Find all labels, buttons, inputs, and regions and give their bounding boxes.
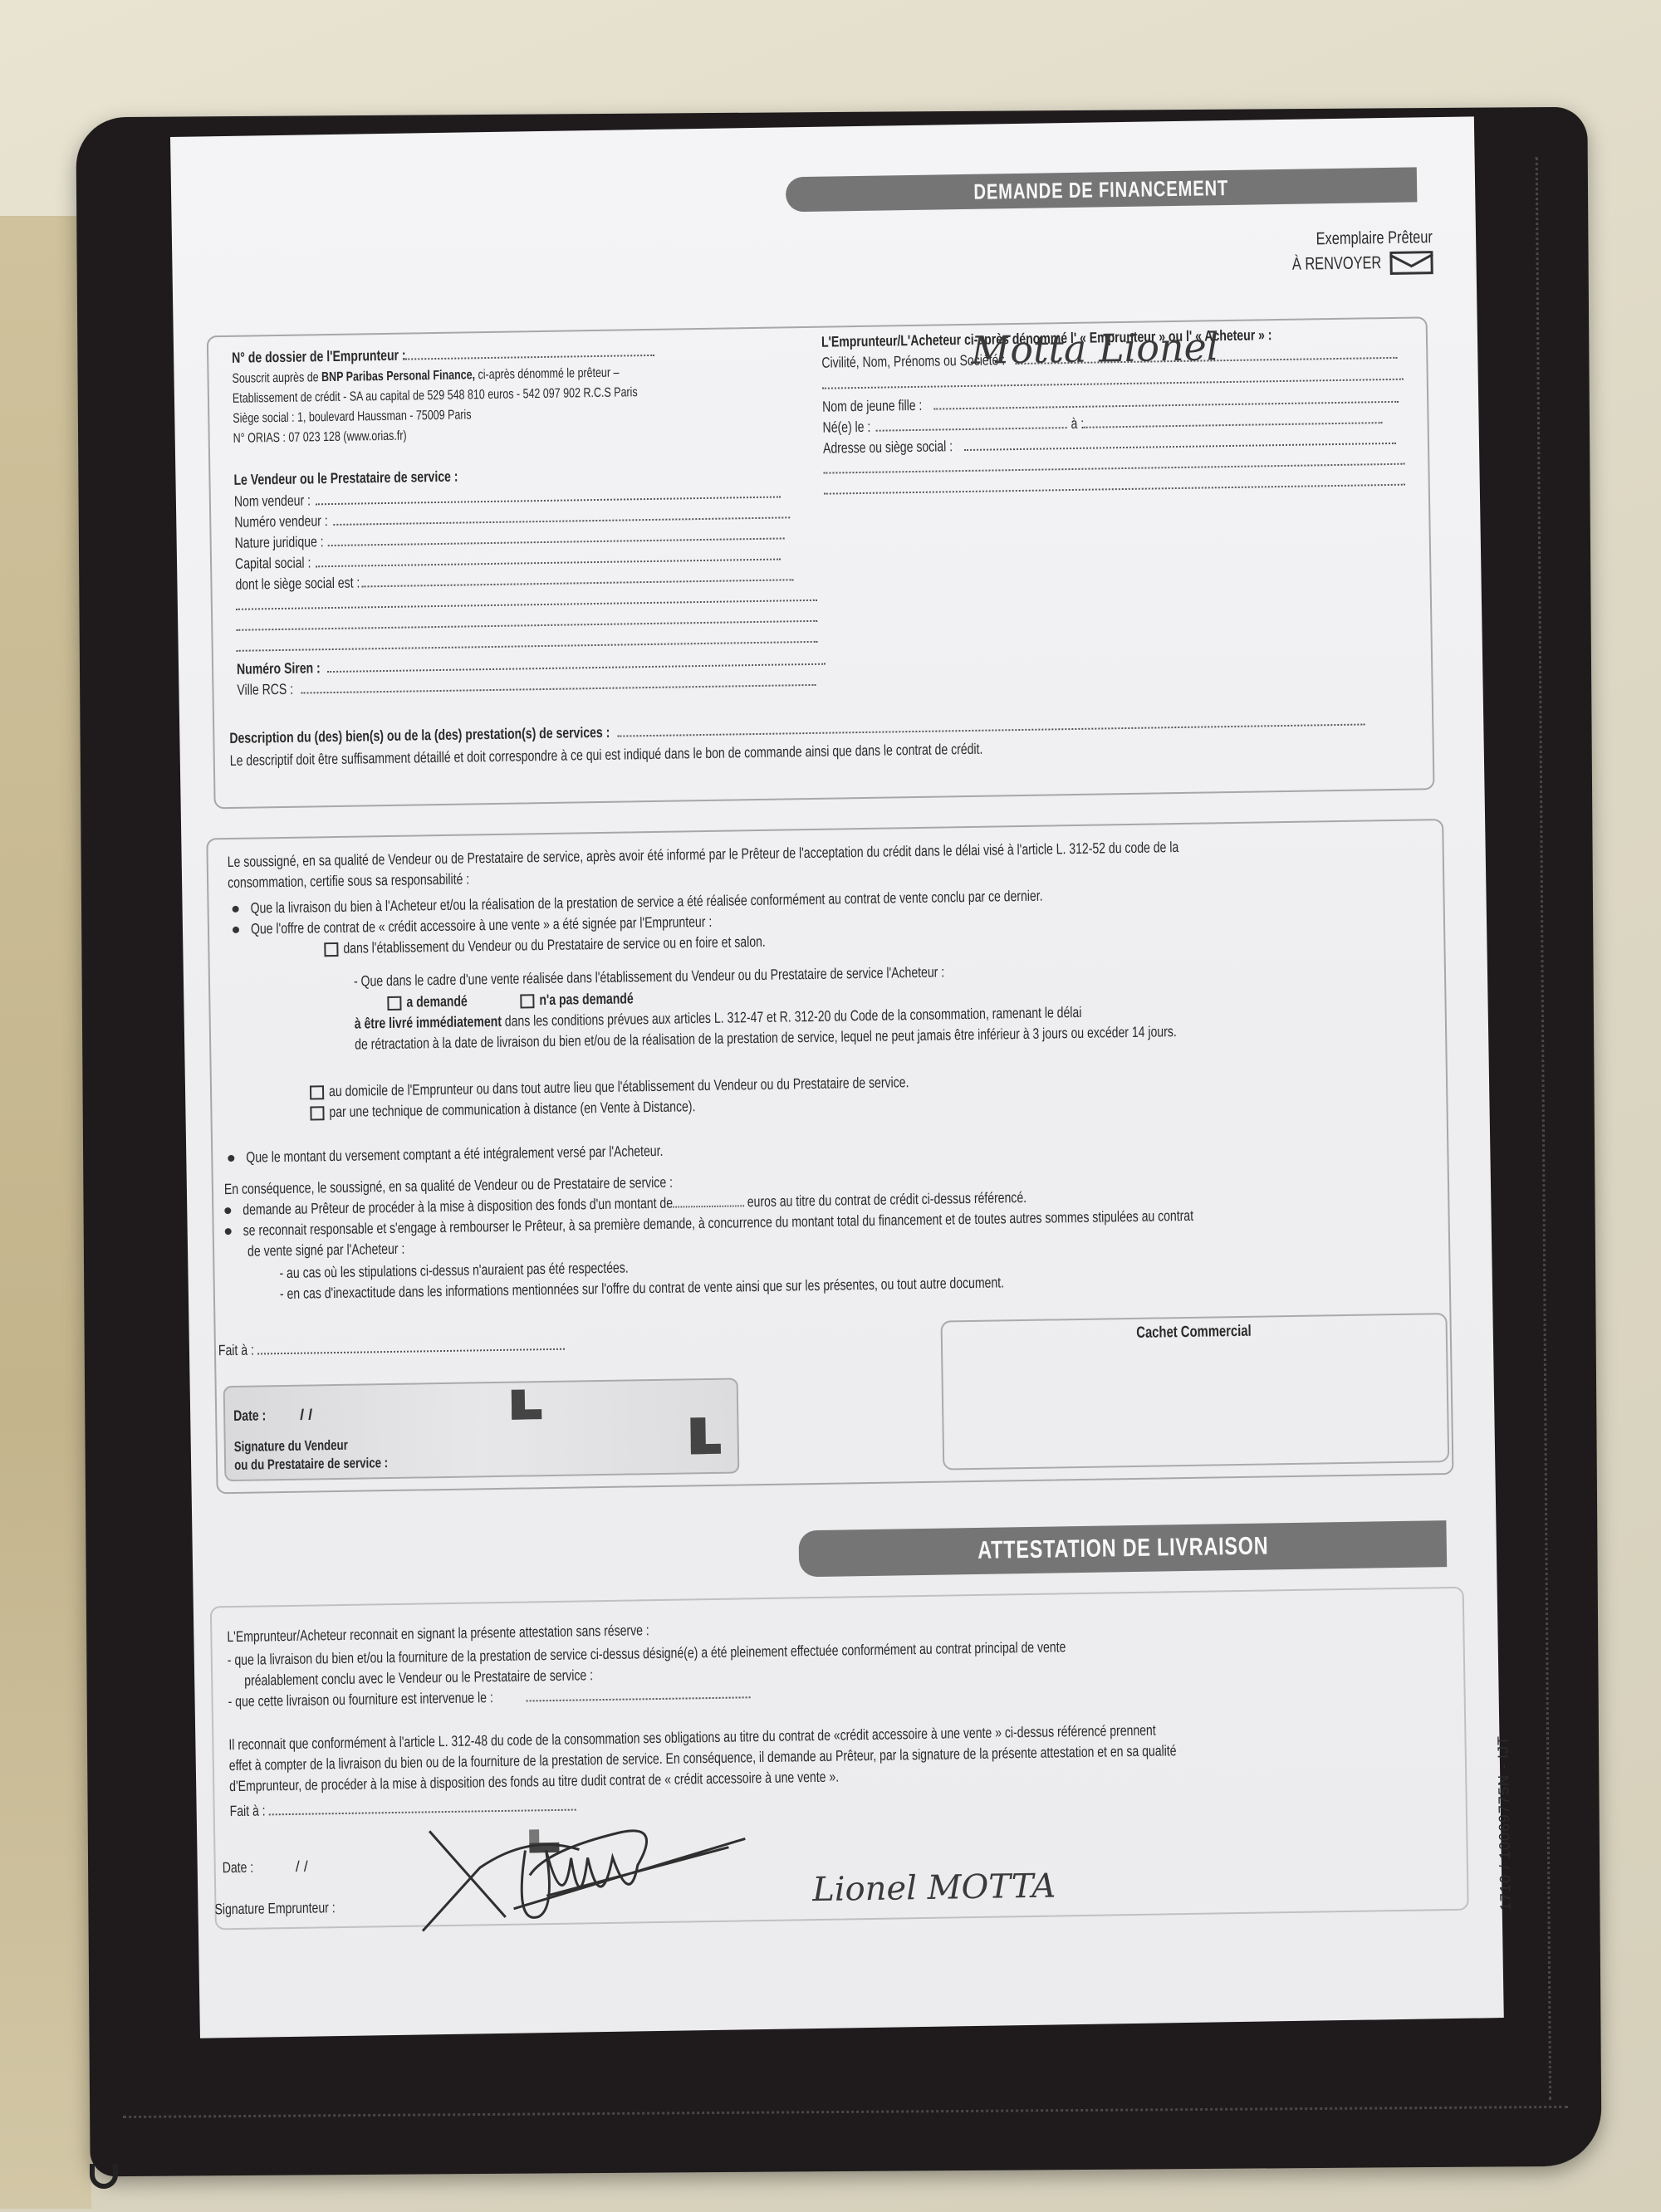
option-na-pas-demande[interactable]: n'a pas demandé [520,988,660,1011]
table-surface [0,216,91,2209]
borrower-handwritten-name: Lionel MOTTA [812,1867,1056,1910]
exemplaire-label: Exemplaire Prêteur [1316,225,1433,252]
option-a-demande[interactable]: a demandé [387,991,484,1012]
responsibility-text-2: de vente signé par l'Acheteur : [247,1238,449,1261]
folder-stitching [123,2106,1568,2118]
vendor-signature-label-2: ou du Prestataire de service : [234,1452,432,1475]
commercial-stamp-box[interactable]: Cachet Commercial [941,1313,1450,1471]
checkbox-domicile[interactable] [310,1085,324,1099]
folder-stitching-side [1536,157,1551,2100]
form-title: DEMANDE DE FINANCEMENT [974,174,1229,204]
cachet-label: Cachet Commercial [943,1319,1446,1346]
borrower-signature [413,1812,879,1935]
form-reference-code: 1710 / 10069775N - IJT [1494,1735,1514,1911]
borrower-date-field[interactable]: Date :/ / [223,1857,308,1878]
checkbox-a-demande[interactable] [387,996,401,1011]
checkbox-establishment[interactable] [324,942,338,957]
vendor-signature-box[interactable]: Date :/ / Signature du Vendeur ou du Pre… [223,1378,740,1481]
sign-here-arrow-icon [512,1389,526,1419]
form-title-banner: DEMANDE DE FINANCEMENT [786,167,1418,212]
renvoyer-label: À RENVOYER [1292,251,1382,277]
folder-ring [90,2164,118,2189]
attestation-banner: ATTESTATION DE LIVRAISON [798,1520,1447,1577]
lender-info-4: N° ORIAS : 07 023 128 (www.orias.fr) [233,426,456,449]
checkbox-distance[interactable] [310,1106,324,1120]
financing-form: DEMANDE DE FINANCEMENT Exemplaire Prêteu… [170,116,1504,2038]
attestation-title: ATTESTATION DE LIVRAISON [977,1532,1268,1564]
sign-here-arrow-icon [690,1417,706,1454]
borrower-signature-label: Signature Emprunteur : [214,1897,369,1920]
checkbox-na-pas-demande[interactable] [520,994,534,1008]
borrower-name-handwritten: Motta Lionel [971,324,1219,373]
copy-notice: Exemplaire Prêteur À RENVOYER [1267,225,1433,277]
vendor-date-field[interactable]: Date :/ / [233,1405,312,1426]
envelope-icon [1389,252,1433,276]
